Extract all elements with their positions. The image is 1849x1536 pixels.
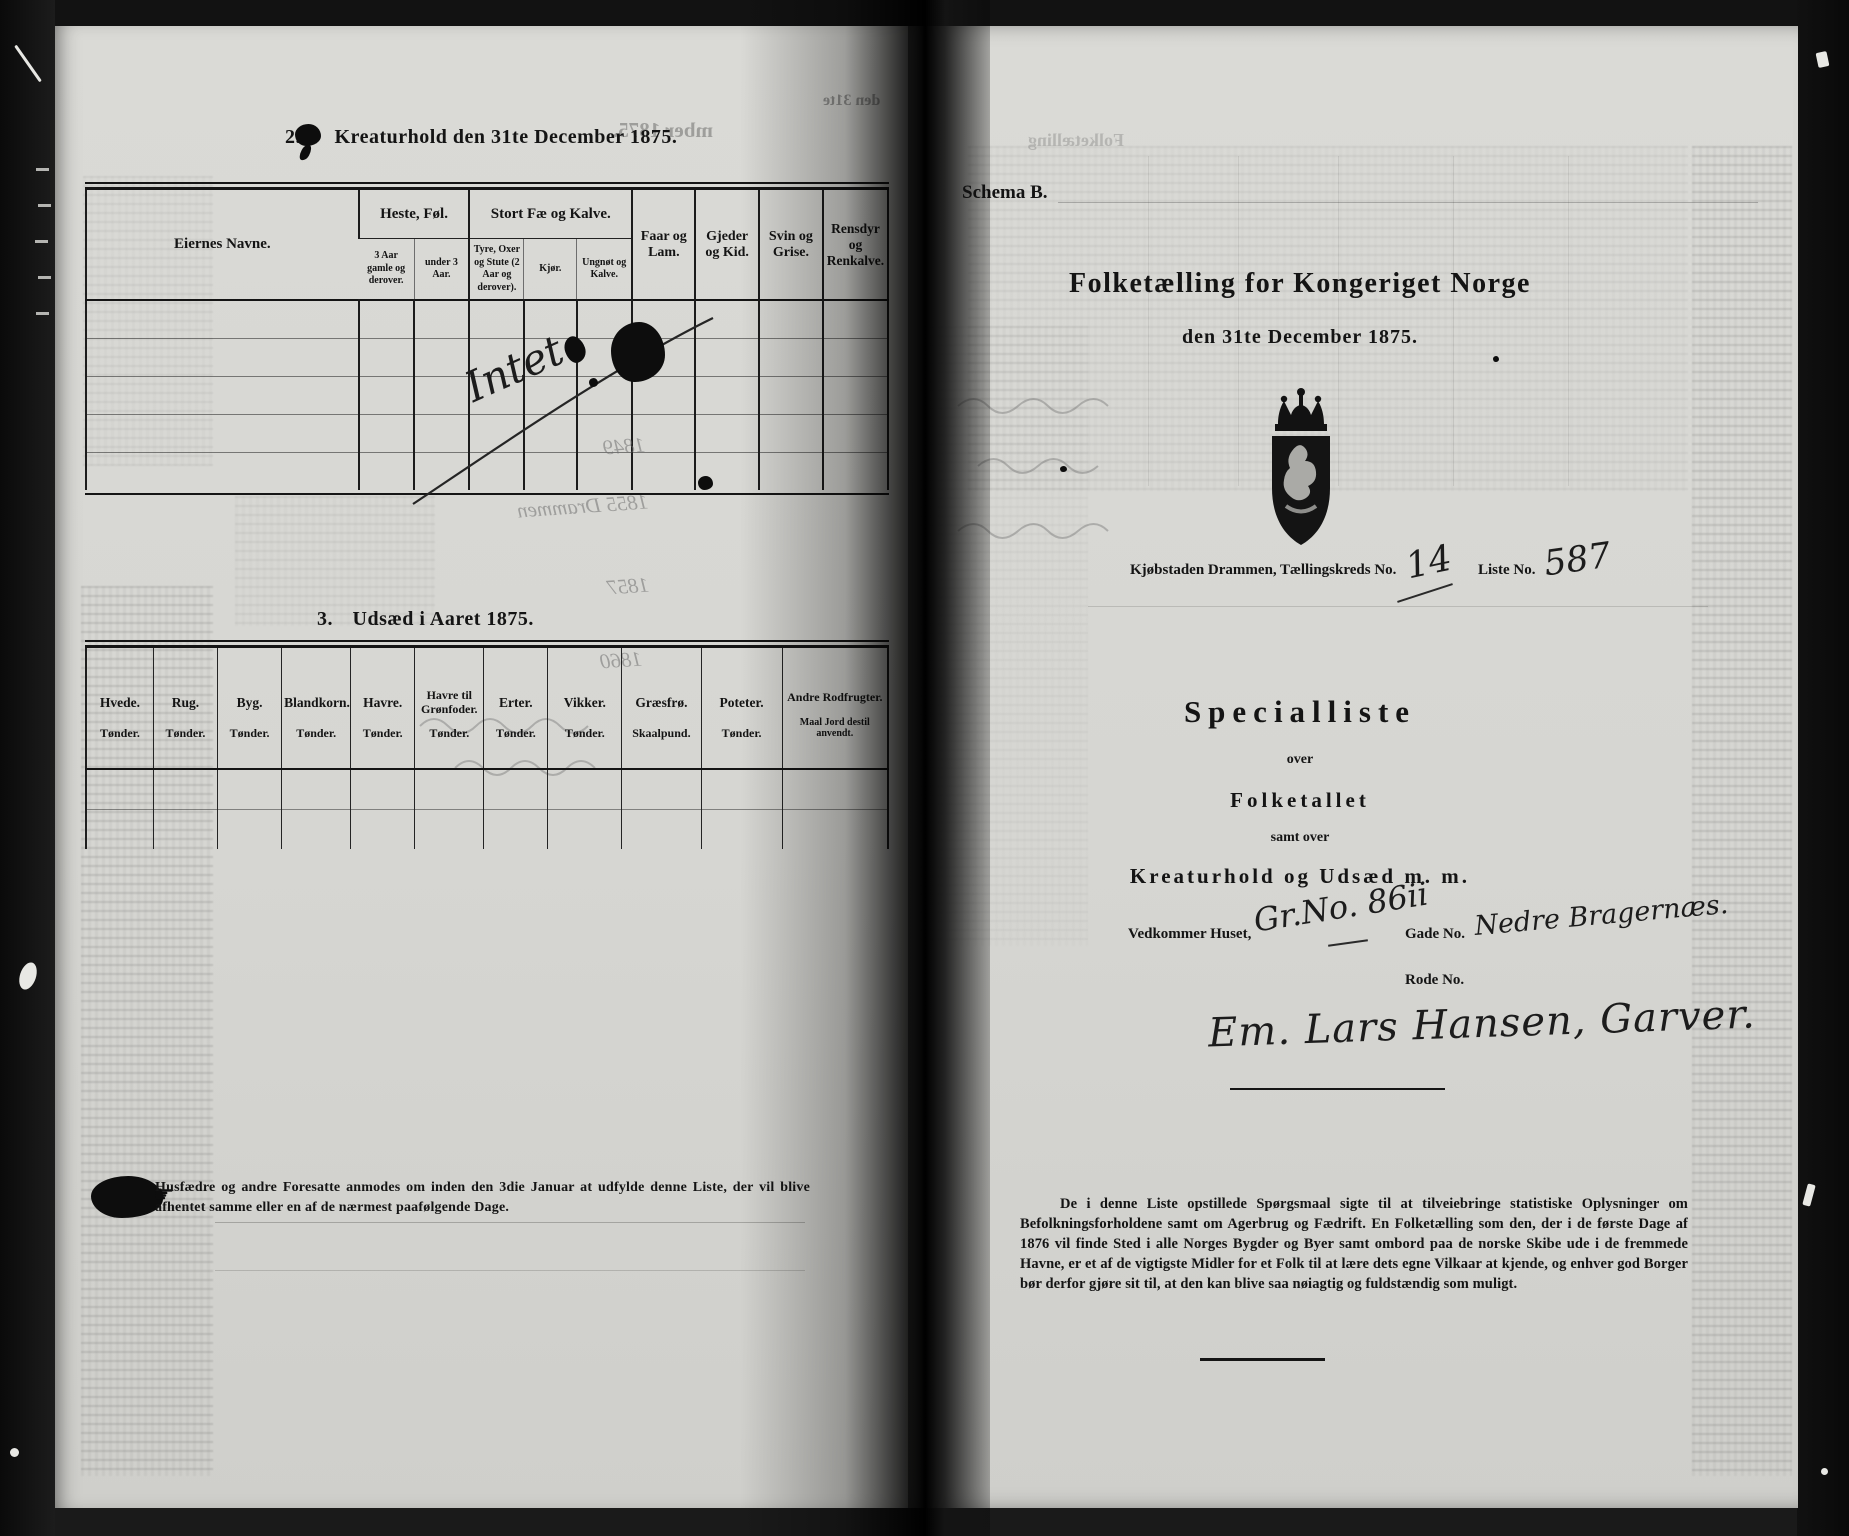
empty-cell — [153, 769, 217, 809]
bleedthrough-column — [1692, 146, 1792, 1476]
handwritten-liste-number: 587 — [1542, 536, 1614, 585]
right-page: Folketælling Schema B. Folketælling for … — [908, 26, 1798, 1508]
empty-cell — [86, 809, 153, 849]
empty-cell — [86, 414, 359, 452]
empty-cell — [86, 769, 153, 809]
signature-rule — [1230, 1088, 1445, 1090]
udsaed-title: 3. Udsæd i Aaret 1875. — [317, 608, 534, 631]
scratch-mark — [1821, 1468, 1828, 1475]
special-title: Specialliste — [1000, 694, 1600, 730]
kreaturhold-title: 2. Kreaturhold den 31te December 1875. — [285, 126, 677, 149]
empty-cell — [415, 809, 484, 849]
ink-blot — [611, 322, 665, 382]
col-havre: Havre. Tønder. — [351, 647, 415, 770]
census-title: Folketælling for Kongeriget Norge — [1000, 268, 1600, 300]
kreaturhold-title-text: Kreaturhold den 31te December 1875. — [335, 126, 678, 148]
ink-blot — [698, 476, 713, 490]
ink-smudge — [295, 124, 321, 146]
page-edge-tick — [38, 276, 51, 279]
handwriting-slash — [1397, 583, 1453, 603]
bleedthrough-text: Folketælling — [1028, 130, 1124, 151]
col-heste-3aar: 3 Aar gamle og derover. — [359, 239, 414, 301]
handwritten-street: Nedre Bragernæs. — [1473, 889, 1729, 942]
col-rug: Rug. Tønder. — [153, 647, 217, 770]
empty-cell — [218, 769, 282, 809]
empty-cell — [282, 809, 351, 849]
empty-cell — [484, 809, 548, 849]
district-label: Tællingskreds No. — [1280, 562, 1396, 579]
col-eiernes-navne: Eiernes Navne. — [86, 189, 359, 301]
empty-cell — [622, 809, 701, 849]
ink-blot — [1493, 356, 1499, 362]
gade-label: Gade No. — [1405, 926, 1465, 943]
scratch-mark — [1802, 1183, 1815, 1206]
over-word: over — [1000, 752, 1600, 768]
col-hvede: Hvede. Tønder. — [86, 647, 153, 770]
city-label: Kjøbstaden Drammen, — [1130, 562, 1277, 579]
bleedthrough-rule — [1453, 156, 1454, 486]
samt-over-word: samt over — [1000, 830, 1600, 846]
census-date: den 31te December 1875. — [1000, 326, 1600, 349]
col-blandkorn: Blandkorn. Tønder. — [282, 647, 351, 770]
ruled-line — [1088, 606, 1708, 607]
binding-spine — [740, 0, 990, 1536]
bleedthrough-scribble — [948, 386, 1248, 556]
rode-label: Rode No. — [1405, 972, 1464, 989]
col-graesfro: Græsfrø. Skaalpund. — [622, 647, 701, 770]
book-edge-right — [1797, 0, 1849, 1536]
page-edge-tick — [35, 240, 48, 243]
scratch-mark — [10, 1448, 19, 1457]
col-kjor: Kjør. — [524, 239, 577, 301]
handwritten-signature: Em. Lars Hansen, Garver. — [1207, 991, 1756, 1056]
footer-note: Husfædre og andre Foresatte anmodes om i… — [155, 1178, 810, 1219]
empty-cell — [86, 376, 359, 414]
empty-cell — [86, 338, 359, 376]
page-edge-tick — [36, 168, 49, 171]
col-tyre-oxer: Tyre, Oxer og Stute (2 Aar og derover). — [469, 239, 524, 301]
scanned-census-spread: mber 1875. den 31te 2. Kreaturhold den 3… — [0, 0, 1849, 1536]
handwritten-district-number: 14 — [1402, 538, 1455, 588]
empty-cell — [86, 300, 359, 338]
subject-line: Kreaturhold og Udsæd m. m. — [1000, 864, 1600, 889]
udsaed-title-text: Udsæd i Aaret 1875. — [353, 608, 534, 630]
empty-cell — [282, 769, 351, 809]
col-vikker: Vikker. Tønder. — [548, 647, 622, 770]
col-faar-og-lam: Faar og Lam. — [632, 189, 695, 301]
folketallet-title: Folketallet — [1000, 788, 1600, 813]
ink-blot — [589, 378, 598, 387]
ink-blot — [1060, 466, 1067, 472]
empty-cell — [484, 769, 548, 809]
handwriting-flourish — [395, 296, 725, 516]
ruled-line — [215, 1270, 805, 1271]
col-group-heste: Heste, Føl. — [359, 189, 470, 239]
scratch-mark — [1816, 51, 1830, 68]
empty-cell — [218, 809, 282, 849]
book-edge-left — [0, 0, 55, 1536]
bottom-divider — [1200, 1358, 1325, 1361]
bleedthrough-rule — [1568, 156, 1569, 486]
empty-cell — [86, 452, 359, 490]
scratch-mark — [14, 45, 42, 83]
col-group-stort-fae: Stort Fæ og Kalve. — [469, 189, 632, 239]
col-erter: Erter. Tønder. — [484, 647, 548, 770]
empty-cell — [622, 769, 701, 809]
col-byg: Byg. Tønder. — [218, 647, 282, 770]
handwriting-slash — [1328, 939, 1368, 947]
empty-cell — [415, 769, 484, 809]
liste-label: Liste No. — [1478, 562, 1536, 579]
page-edge-tick — [38, 204, 51, 207]
col-heste-under3: under 3 Aar. — [414, 239, 469, 301]
empty-cell — [153, 809, 217, 849]
header-rule — [1058, 202, 1758, 203]
empty-cell — [351, 809, 415, 849]
empty-cell — [548, 809, 622, 849]
empty-cell — [548, 769, 622, 809]
scratch-mark — [16, 960, 40, 992]
norway-coat-of-arms-icon — [1256, 384, 1346, 554]
bleedthrough-text: 1857 — [606, 573, 650, 601]
udsaed-section-number: 3. — [317, 608, 333, 630]
col-ungnot-kalve: Ungnøt og Kalve. — [577, 239, 632, 301]
house-label: Vedkommer Huset, — [1128, 926, 1251, 943]
col-havre-gronfoder: Havre til Grønfoder. Tønder. — [415, 647, 484, 770]
info-paragraph: De i denne Liste opstillede Spørgsmaal s… — [1020, 1194, 1688, 1294]
bleedthrough-text: 1849 — [602, 433, 646, 461]
empty-cell — [351, 769, 415, 809]
page-edge-tick — [36, 312, 49, 315]
ruled-line — [215, 1222, 805, 1223]
